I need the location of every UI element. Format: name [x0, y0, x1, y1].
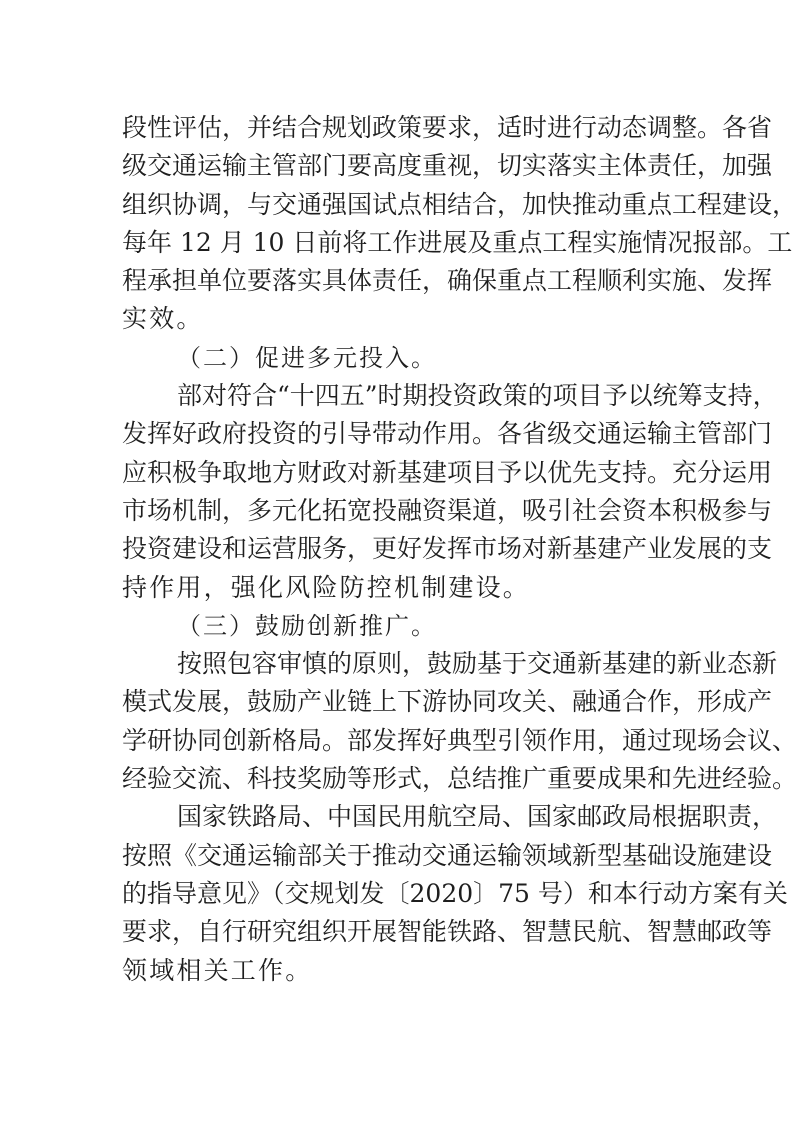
paragraph-evaluation-continued: 段性评估，并结合规划政策要求，适时进行动态调整。各省 级交通运输主管部门要高度重… — [122, 109, 682, 339]
text-line: 国家铁路局、中国民用航空局、国家邮政局根据职责， — [122, 798, 682, 836]
paragraph-investment: 部对符合“十四五”时期投资政策的项目予以统筹支持， 发挥好政府投资的引导带动作用… — [122, 377, 682, 607]
document-page: 段性评估，并结合规划政策要求，适时进行动态调整。各省 级交通运输主管部门要高度重… — [122, 109, 682, 990]
text-line: 按照包容审慎的原则，鼓励基于交通新基建的新业态新 — [122, 645, 682, 683]
text-line: 模式发展，鼓励产业链上下游协同攻关、融通合作，形成产 — [122, 683, 682, 721]
text-line: 市场机制，多元化拓宽投融资渠道，吸引社会资本积极参与 — [122, 492, 682, 530]
text-line: 段性评估，并结合规划政策要求，适时进行动态调整。各省 — [122, 109, 682, 147]
text-line: 持作用，强化风险防控机制建设。 — [122, 569, 682, 607]
text-line: 学研协同创新格局。部发挥好典型引领作用，通过现场会议、 — [122, 722, 682, 760]
text-line: 投资建设和运营服务，更好发挥市场对新基建产业发展的支 — [122, 530, 682, 568]
text-line: 按照《交通运输部关于推动交通运输领域新型基础设施建设 — [122, 837, 682, 875]
text-line: 要求，自行研究组织开展智能铁路、智慧民航、智慧邮政等 — [122, 913, 682, 951]
text-line: 经验交流、科技奖励等形式，总结推广重要成果和先进经验。 — [122, 760, 682, 798]
text-line: 发挥好政府投资的引导带动作用。各省级交通运输主管部门 — [122, 415, 682, 453]
text-line: 级交通运输主管部门要高度重视，切实落实主体责任，加强 — [122, 147, 682, 185]
text-line: 的指导意见》（交规划发〔2020〕75 号）和本行动方案有关 — [122, 875, 682, 913]
section-heading-encourage-innovation: （三）鼓励创新推广。 — [122, 607, 682, 645]
text-line: 实效。 — [122, 300, 682, 338]
paragraph-innovation: 按照包容审慎的原则，鼓励基于交通新基建的新业态新 模式发展，鼓励产业链上下游协同… — [122, 645, 682, 798]
paragraph-agencies: 国家铁路局、中国民用航空局、国家邮政局根据职责， 按照《交通运输部关于推动交通运… — [122, 798, 682, 989]
text-line: 每年 12 月 10 日前将工作进展及重点工程实施情况报部。工 — [122, 224, 682, 262]
text-line: 应积极争取地方财政对新基建项目予以优先支持。充分运用 — [122, 454, 682, 492]
text-line: 组织协调，与交通强国试点相结合，加快推动重点工程建设， — [122, 186, 682, 224]
text-line: 程承担单位要落实具体责任，确保重点工程顺利实施、发挥 — [122, 262, 682, 300]
text-line: 部对符合“十四五”时期投资政策的项目予以统筹支持， — [122, 377, 682, 415]
section-heading-promote-investment: （二）促进多元投入。 — [122, 339, 682, 377]
text-line: 领域相关工作。 — [122, 952, 682, 990]
